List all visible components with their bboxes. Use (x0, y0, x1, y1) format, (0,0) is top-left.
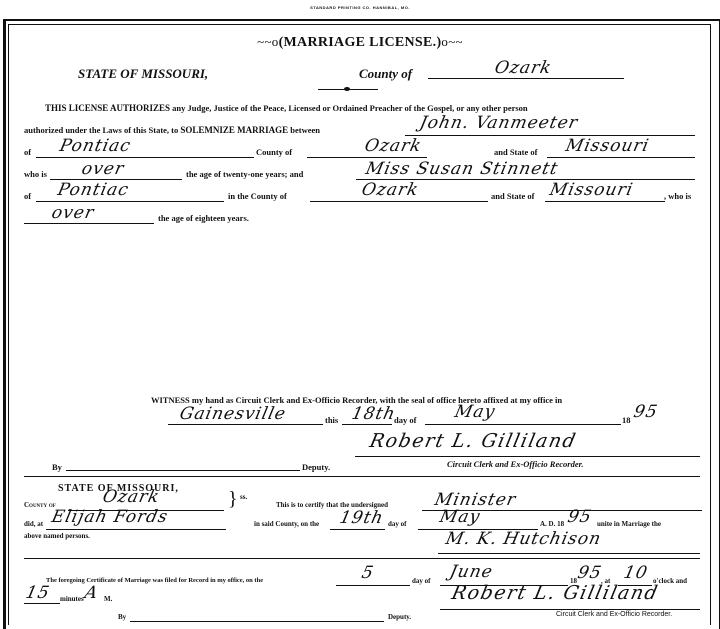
officiant-signature-line (438, 553, 700, 554)
ss-label: ss. (240, 493, 247, 501)
brace-icon: } (228, 488, 238, 511)
witness-deputy-label: Deputy. (302, 462, 330, 472)
witness-day-line (342, 424, 392, 425)
minutes-label: minutes (60, 595, 84, 603)
flourish-right-icon: o~~ (441, 34, 462, 49)
groom-town-line (36, 157, 254, 158)
witness-deputy-line (66, 470, 300, 471)
recording-day-of-label: day of (412, 577, 430, 585)
witness-place: Gainesville (178, 404, 288, 424)
minutes-line (24, 603, 60, 604)
groom-name: John. Vanmeeter (418, 113, 580, 133)
recording-text: The foregoing Certificate of Marriage wa… (46, 577, 263, 584)
bride-county-line (310, 201, 488, 202)
cert-day-of-label: day of (388, 520, 406, 528)
recording-month: June (448, 562, 495, 582)
witness-year-suffix: 95 (632, 402, 660, 422)
cert-place: Elijah Fords (50, 507, 170, 527)
witness-year: 18 (622, 415, 631, 425)
who-is-label: who is (24, 169, 47, 179)
this-label: this (325, 415, 338, 425)
county-line (428, 78, 624, 79)
witness-by-label: By (52, 462, 62, 472)
witness-month-line (425, 424, 621, 425)
cert-place-line (46, 529, 226, 530)
witness-signature: Robert L. Gilliland (368, 430, 579, 452)
witness-day: 18th (350, 404, 398, 424)
witness-signature-line (355, 456, 700, 457)
cert-day-line (330, 529, 385, 530)
bride-state: Missouri (548, 180, 635, 200)
witness-month: May (453, 402, 497, 422)
ad-label: A. D. 18 (540, 520, 564, 528)
bride-state-line (545, 201, 665, 202)
recording-signer-title: Circuit Clerk and Ex-Officio Recorder. (556, 611, 672, 618)
recording-year-suffix: 95 (576, 563, 604, 583)
bride-age-status: over (50, 203, 96, 223)
printer-imprint: STANDARD PRINTING CO. HANNIBAL, MO. (0, 5, 720, 10)
and-state-of-label: and State of (494, 147, 537, 157)
in-said-county-label: in said County, on the (254, 520, 319, 528)
groom-state: Missouri (564, 136, 651, 156)
groom-name-line (405, 135, 695, 136)
ornament-divider (318, 89, 378, 92)
recording-deputy-line (130, 621, 384, 622)
groom-age-status: over (80, 159, 126, 179)
county-label: County of (359, 66, 412, 82)
section-divider-1 (24, 476, 700, 477)
bride-state-label: and State of (491, 191, 534, 201)
above-named-text: above named persons. (24, 532, 90, 540)
bride-town-line (36, 201, 224, 202)
of-label: of (24, 147, 31, 157)
did-at-label: did, at (24, 520, 43, 528)
age-21-text: the age of twenty-one years; and (186, 169, 303, 179)
cert-county-label: County of (24, 501, 56, 509)
document-border-inner (8, 24, 711, 625)
recording-by-label: By (118, 613, 126, 621)
bride-of-label: of (24, 191, 31, 201)
cert-year-suffix: 95 (566, 507, 594, 527)
authorization-line-2: authorized under the Laws of this State,… (24, 125, 320, 135)
flourish-left-icon: ~~o (257, 34, 278, 49)
cert-month: May (438, 507, 482, 527)
witness-signer-title: Circuit Clerk and Ex-Officio Recorder. (447, 459, 584, 469)
groom-state-line (547, 157, 695, 158)
license-title: ~~o(MARRIAGE LICENSE.)o~~ (0, 34, 720, 51)
county-value: Ozark (493, 58, 554, 78)
recording-deputy-label: Deputy. (388, 613, 411, 621)
groom-county: Ozark (363, 136, 424, 156)
unite-text: unite in Marriage the (597, 520, 661, 528)
cert-county-value: Ozark (101, 487, 162, 507)
section-divider-2 (24, 558, 700, 559)
groom-county-line (307, 157, 427, 158)
authorization-line-1: THIS LICENSE AUTHORIZES any Judge, Justi… (45, 103, 528, 113)
county-of-label: County of (256, 147, 292, 157)
bride-town: Pontiac (56, 180, 131, 200)
witness-place-line (168, 424, 323, 425)
bride-age-line (24, 223, 154, 224)
bride-county: Ozark (360, 180, 421, 200)
state-header: STATE OF MISSOURI, (78, 66, 208, 82)
who-is-suffix: , who is (664, 191, 691, 201)
groom-town: Pontiac (58, 136, 133, 156)
m-label: M. (104, 595, 112, 603)
cert-day: 19th (338, 508, 386, 528)
recording-minutes: 15 (24, 583, 52, 603)
recording-hour: 10 (622, 563, 650, 583)
age-18-text: the age of eighteen years. (158, 213, 249, 223)
in-county-of-label: in the County of (228, 191, 287, 201)
bride-name: Miss Susan Stinnett (364, 159, 560, 179)
recording-day-line (336, 585, 410, 586)
day-of-label: day of (394, 415, 416, 425)
recording-signature-line (440, 609, 700, 610)
recording-signature: Robert L. Gilliland (450, 582, 661, 604)
officiant-signature: M. K. Hutchison (444, 529, 603, 549)
